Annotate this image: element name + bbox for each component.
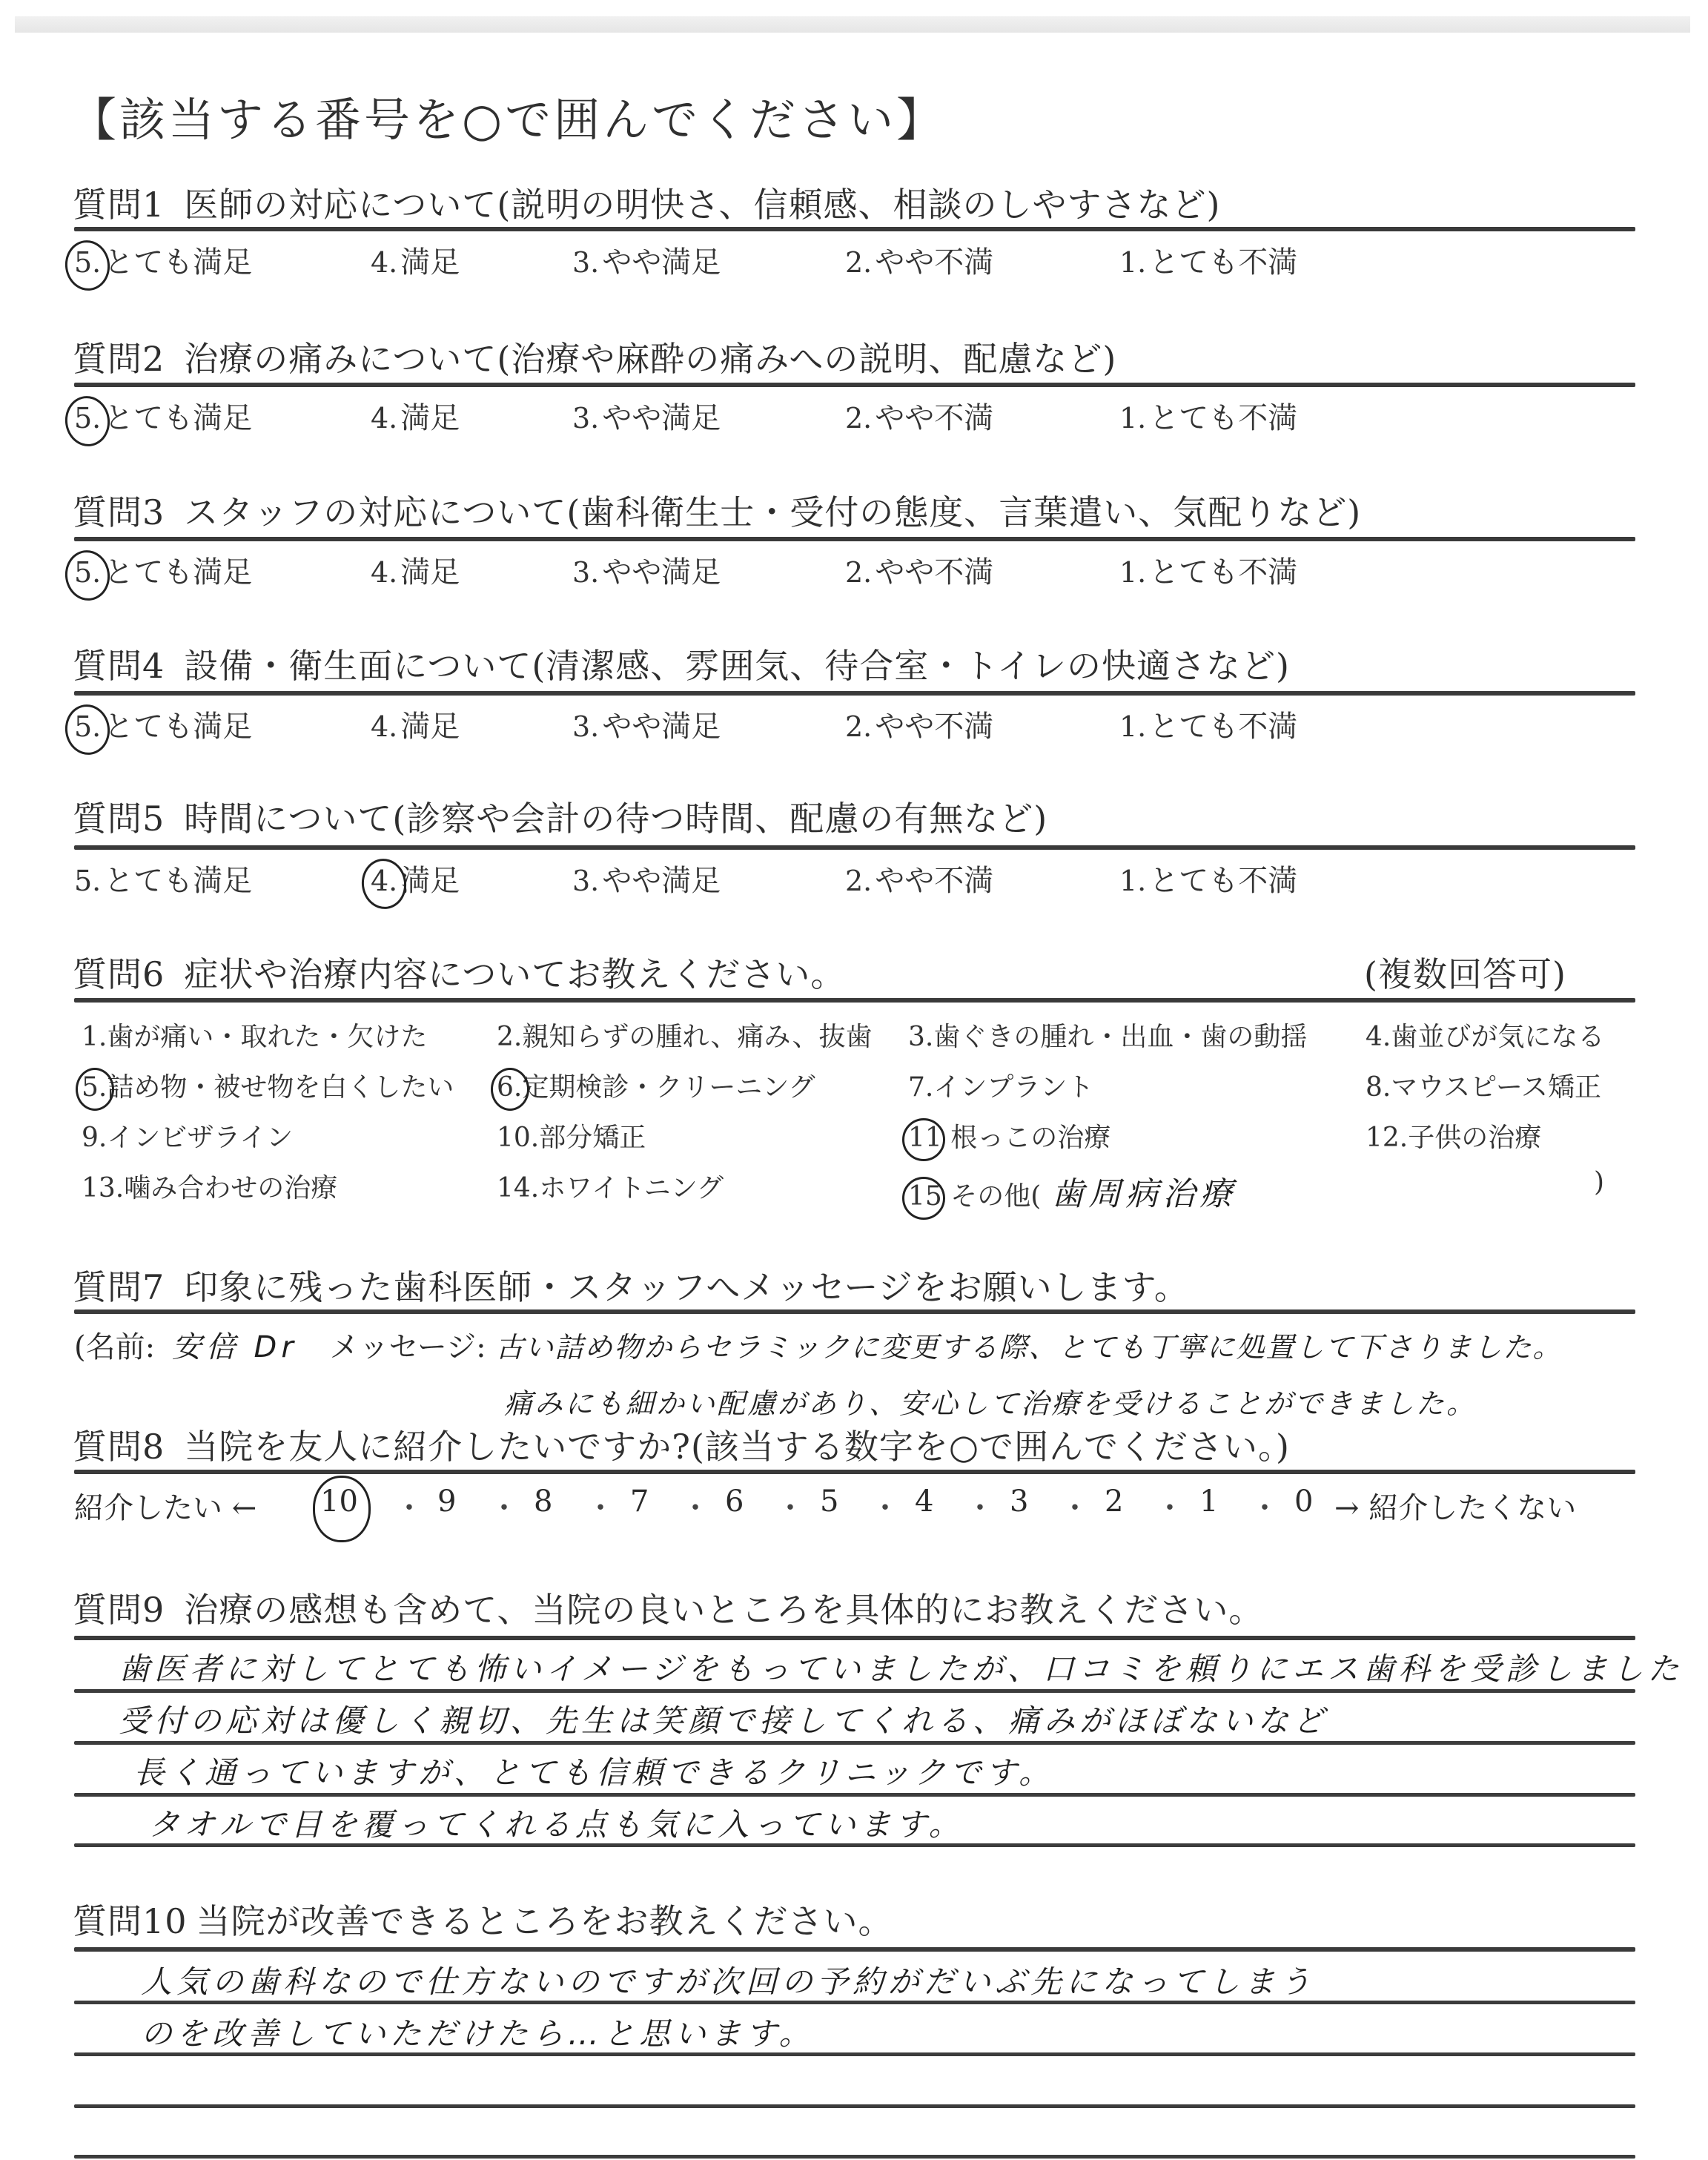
- option-2[interactable]: 2.やや不満: [845, 394, 993, 437]
- question-number: 質問8: [73, 1427, 165, 1467]
- symptom-item-selected[interactable]: 5.詰め物・被せ物を白くしたい: [82, 1066, 454, 1104]
- other-close-paren: ): [1594, 1167, 1604, 1198]
- question-text: 治療の痛みについて(治療や麻酔の痛みへの説明、配慮など): [184, 339, 1116, 379]
- divider: [74, 1947, 1635, 1952]
- symptom-item[interactable]: 13.噛み合わせの治療: [82, 1167, 337, 1205]
- divider: [74, 998, 1635, 1003]
- divider: [74, 1636, 1635, 1640]
- symptom-item[interactable]: 9.インビザライン: [82, 1117, 293, 1155]
- question-9-heading: 質問9治療の感想も含めて、当院の良いところを具体的にお教えください。: [73, 1583, 1263, 1632]
- symptom-item[interactable]: 7.インプラント: [908, 1066, 1093, 1104]
- recommend-scale: 紹介したい ← 10 ・ 9 ・ 8 ・ 7 ・ 6 ・ 5 ・ 4 ・ 3 ・…: [74, 1484, 1638, 1529]
- message-field-line-1[interactable]: 古い詰め物からセラミックに変更する際、とても丁寧に処置して下さりました。: [495, 1331, 1562, 1364]
- question-1-heading: 質問1医師の対応について(説明の明快さ、信頼感、相談のしやすさなど): [73, 178, 1220, 227]
- question-2-options: 5.とても満足 4.満足 3.やや満足 2.やや不満 1.とても不満: [74, 394, 1631, 439]
- question-text: 症状や治療内容についてお教えください。: [184, 954, 845, 994]
- question-1-options: 5.とても満足 4.満足 3.やや満足 2.やや不満 1.とても不満: [74, 239, 1631, 283]
- symptom-item[interactable]: 12.子供の治療: [1366, 1117, 1541, 1155]
- scale-2[interactable]: 2: [1105, 1484, 1123, 1519]
- divider: [74, 227, 1635, 231]
- message-label: メッセージ:: [330, 1330, 486, 1364]
- option-5-selected[interactable]: 5.とても満足: [74, 239, 252, 281]
- other-handwritten-answer[interactable]: 歯周病治療: [1051, 1175, 1237, 1213]
- divider: [74, 537, 1635, 541]
- question-text: 当院を友人に紹介したいですか?(該当する数字を○で囲んでください。): [184, 1427, 1290, 1467]
- question-text: 時間について(診察や会計の待つ時間、配慮の有無など): [184, 799, 1047, 839]
- option-5-selected[interactable]: 5.とても満足: [74, 549, 252, 591]
- question-4-heading: 質問4設備・衛生面について(清潔感、雰囲気、待合室・トイレの快適さなど): [73, 639, 1290, 688]
- scan-top-edge: [15, 16, 1690, 33]
- question-5-heading: 質問5時間について(診察や会計の待つ時間、配慮の有無など): [73, 792, 1047, 841]
- question-3-heading: 質問3スタッフの対応について(歯科衛生士・受付の態度、言葉遣い、気配りなど): [73, 486, 1361, 535]
- symptom-item[interactable]: 8.マウスピース矯正: [1366, 1066, 1601, 1104]
- q9-answer-line-2[interactable]: 受付の応対は優しく親切、先生は笑顔で接してくれる、痛みがほぼないなど: [119, 1697, 1328, 1741]
- question-10-heading: 質問10当院が改善できるところをお教えください。: [73, 1895, 893, 1943]
- option-3[interactable]: 3.やや満足: [572, 549, 721, 591]
- symptom-item[interactable]: 3.歯ぐきの腫れ・出血・歯の動揺: [908, 1016, 1307, 1054]
- multiple-answers-note: (複数回答可): [1364, 948, 1566, 997]
- name-field[interactable]: 安倍 Dr: [172, 1330, 298, 1364]
- answer-rule: [74, 2001, 1635, 2004]
- page-title: 【該当する番号を○で囲んでください】: [70, 83, 945, 149]
- question-number: 質問9: [73, 1590, 165, 1630]
- scale-3[interactable]: 3: [1010, 1484, 1028, 1519]
- answer-rule: [74, 2155, 1635, 2159]
- answer-rule: [74, 1741, 1635, 1745]
- answer-rule: [74, 1793, 1635, 1797]
- divider: [74, 691, 1635, 696]
- option-3[interactable]: 3.やや満足: [572, 394, 721, 437]
- question-text: 設備・衛生面について(清潔感、雰囲気、待合室・トイレの快適さなど): [184, 646, 1290, 686]
- symptom-item[interactable]: 4.歯並びが気になる: [1366, 1016, 1604, 1054]
- name-label: (名前:: [74, 1330, 155, 1364]
- answer-rule: [74, 1843, 1635, 1847]
- option-4[interactable]: 4.満足: [371, 549, 460, 591]
- divider: [74, 845, 1635, 850]
- scale-1[interactable]: 1: [1199, 1484, 1218, 1519]
- option-1[interactable]: 1.とても不満: [1119, 549, 1297, 591]
- scale-5[interactable]: 5: [820, 1484, 838, 1519]
- symptom-item[interactable]: 14.ホワイトニング: [497, 1167, 724, 1205]
- question-2-heading: 質問2治療の痛みについて(治療や麻酔の痛みへの説明、配慮など): [73, 332, 1116, 381]
- scale-9[interactable]: 9: [437, 1484, 456, 1519]
- option-4-selected[interactable]: 4.満足: [371, 857, 460, 899]
- answer-rule: [74, 1689, 1635, 1693]
- scale-left-label: 紹介したい ←: [74, 1484, 256, 1527]
- question-text: 当院が改善できるところをお教えください。: [196, 1901, 893, 1941]
- option-4[interactable]: 4.満足: [371, 703, 460, 745]
- option-3[interactable]: 3.やや満足: [572, 239, 721, 281]
- option-2[interactable]: 2.やや不満: [845, 857, 993, 899]
- symptom-item[interactable]: 1.歯が痛い・取れた・欠けた: [82, 1016, 427, 1054]
- symptom-item-selected[interactable]: 6.定期検診・クリーニング: [497, 1066, 815, 1104]
- question-number: 質問4: [73, 646, 165, 686]
- scale-7[interactable]: 7: [630, 1484, 649, 1519]
- question-text: 治療の感想も含めて、当院の良いところを具体的にお教えください。: [184, 1590, 1263, 1630]
- question-number: 質問1: [73, 185, 165, 225]
- option-3[interactable]: 3.やや満足: [572, 857, 721, 899]
- symptom-item[interactable]: 2.親知らずの腫れ、痛み、抜歯: [497, 1016, 873, 1054]
- q10-answer-line-1[interactable]: 人気の歯科なので仕方ないのですが次回の予約がだいぶ先になってしまう: [141, 1958, 1315, 2002]
- scale-6[interactable]: 6: [725, 1484, 744, 1519]
- option-1[interactable]: 1.とても不満: [1119, 857, 1297, 899]
- question-text: 印象に残った歯科医師・スタッフへメッセージをお願いします。: [184, 1267, 1189, 1307]
- question-6-heading: 質問6症状や治療内容についてお教えください。: [73, 948, 845, 997]
- divider: [74, 1309, 1635, 1314]
- question-number: 質問3: [73, 492, 165, 532]
- symptom-item-other-selected[interactable]: 15 その他(歯周病治療: [908, 1167, 1237, 1215]
- scale-4[interactable]: 4: [915, 1484, 933, 1519]
- option-4[interactable]: 4.満足: [371, 394, 460, 437]
- symptom-item[interactable]: 10.部分矯正: [497, 1117, 646, 1155]
- q9-answer-line-4[interactable]: タオルで目を覆ってくれる点も気に入っています。: [148, 1800, 964, 1845]
- question-text: スタッフの対応について(歯科衛生士・受付の態度、言葉遣い、気配りなど): [184, 492, 1361, 532]
- question-8-heading: 質問8当院を友人に紹介したいですか?(該当する数字を○で囲んでください。): [73, 1420, 1290, 1469]
- scale-8[interactable]: 8: [534, 1484, 552, 1519]
- scale-right-label: → 紹介したくない: [1334, 1484, 1576, 1527]
- answer-rule: [74, 2104, 1635, 2108]
- answer-rule: [74, 2052, 1635, 2056]
- option-5-selected[interactable]: 5.とても満足: [74, 703, 252, 745]
- q10-answer-line-2[interactable]: のを改善していただけたら…と思います。: [141, 2009, 815, 2054]
- option-1[interactable]: 1.とても不満: [1119, 394, 1297, 437]
- question-number: 質問6: [73, 954, 165, 994]
- option-3[interactable]: 3.やや満足: [572, 703, 721, 745]
- question-number: 質問10: [73, 1901, 188, 1941]
- scale-10-selected[interactable]: 10: [320, 1484, 358, 1519]
- question-text: 医師の対応について(説明の明快さ、信頼感、相談のしやすさなど): [184, 185, 1220, 225]
- question-7-heading: 質問7印象に残った歯科医師・スタッフへメッセージをお願いします。: [73, 1261, 1189, 1309]
- option-2[interactable]: 2.やや不満: [845, 239, 993, 281]
- option-5-selected[interactable]: 5.とても満足: [74, 394, 252, 437]
- message-line-1: (名前: 安倍 Dr メッセージ: 古い詰め物からセラミックに変更する際、とても…: [74, 1324, 1563, 1366]
- option-2[interactable]: 2.やや不満: [845, 703, 993, 745]
- question-number: 質問2: [73, 339, 165, 379]
- divider: [74, 383, 1635, 387]
- option-4[interactable]: 4.満足: [371, 239, 460, 281]
- option-1[interactable]: 1.とても不満: [1119, 239, 1297, 281]
- question-number: 質問5: [73, 799, 165, 839]
- question-5-options: 5.とても満足 4.満足 3.やや満足 2.やや不満 1.とても不満: [74, 857, 1631, 902]
- question-4-options: 5.とても満足 4.満足 3.やや満足 2.やや不満 1.とても不満: [74, 703, 1631, 747]
- scale-0[interactable]: 0: [1294, 1484, 1313, 1519]
- q9-answer-line-3[interactable]: 長く通っていますが、とても信頼できるクリニックです。: [133, 1748, 1054, 1793]
- option-2[interactable]: 2.やや不満: [845, 549, 993, 591]
- divider: [74, 1470, 1635, 1474]
- question-3-options: 5.とても満足 4.満足 3.やや満足 2.やや不満 1.とても不満: [74, 549, 1631, 593]
- option-1[interactable]: 1.とても不満: [1119, 703, 1297, 745]
- symptom-item-selected[interactable]: 11 根っこの治療: [908, 1117, 1110, 1155]
- q9-answer-line-1[interactable]: 歯医者に対してとても怖いイメージをもっていましたが、口コミを頼りにエス歯科を受診…: [119, 1645, 1684, 1689]
- option-5[interactable]: 5.とても満足: [74, 857, 252, 899]
- message-field-line-2[interactable]: 痛みにも細かい配慮があり、安心して治療を受けることができました。: [504, 1381, 1477, 1421]
- question-number: 質問7: [73, 1267, 165, 1307]
